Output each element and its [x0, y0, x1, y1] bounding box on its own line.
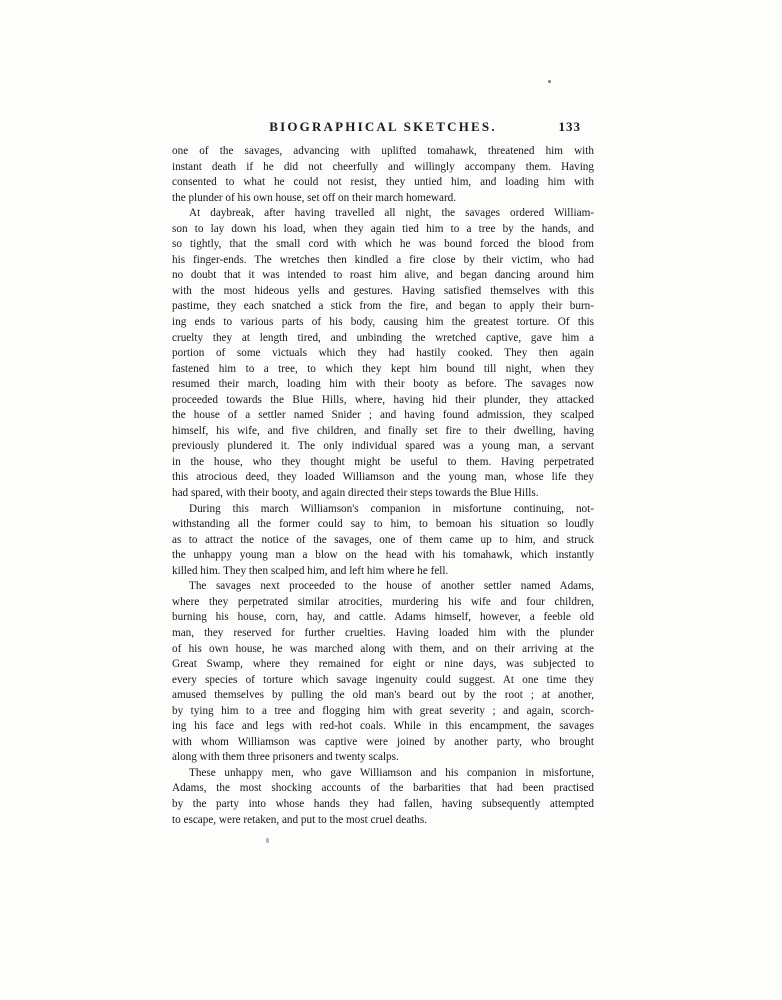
book-page: BIOGRAPHICAL SKETCHES. 133 one of the sa…	[0, 0, 782, 1000]
text-line: in the house, who they thought might be …	[172, 455, 594, 471]
text-line: to escape, were retaken, and put to the …	[172, 813, 594, 829]
text-line: proceeded towards the Blue Hills, where,…	[172, 393, 594, 409]
text-line: with the most hideous yells and gestures…	[172, 284, 594, 300]
text-line: portion of some victuals which they had …	[172, 346, 594, 362]
text-line: consented to what he could not resist, t…	[172, 175, 594, 191]
text-line: by tying him to a tree and flogging him …	[172, 704, 594, 720]
text-line: ing his face and legs with red-hot coals…	[172, 719, 594, 735]
text-line: so tightly, that the small cord with whi…	[172, 237, 594, 253]
text-line: withstanding all the former could say to…	[172, 517, 594, 533]
page-title: BIOGRAPHICAL SKETCHES.	[172, 119, 594, 135]
text-line: this atrocious deed, they loaded William…	[172, 470, 594, 486]
text-line: had spared, with their booty, and again …	[172, 486, 594, 502]
text-line: These unhappy men, who gave Williamson a…	[172, 766, 594, 782]
paragraph: one of the savages, advancing with uplif…	[172, 144, 594, 206]
text-line: killed him. They then scalped him, and l…	[172, 564, 594, 580]
text-line: son to lay down his load, when they agai…	[172, 222, 594, 238]
text-line: resumed their march, loading him with th…	[172, 377, 594, 393]
text-line: Great Swamp, where they remained for eig…	[172, 657, 594, 673]
text-line: cruelty they at length tired, and unbind…	[172, 331, 594, 347]
paragraph: The savages next proceeded to the house …	[172, 579, 594, 766]
text-line: along with them three prisoners and twen…	[172, 750, 594, 766]
text-line: no doubt that it was intended to roast h…	[172, 268, 594, 284]
paragraph: At daybreak, after having travelled all …	[172, 206, 594, 501]
text-line: of his own house, he was marched along w…	[172, 642, 594, 658]
text-line: fastened him to a tree, to which they ke…	[172, 362, 594, 378]
text-line: During this march Williamson's companion…	[172, 502, 594, 518]
page-number: 133	[559, 119, 582, 135]
text-line: the plunder of his own house, set off on…	[172, 191, 594, 207]
text-line: previously plundered it. The only indivi…	[172, 439, 594, 455]
text-line: as to attract the notice of the savages,…	[172, 533, 594, 549]
text-line: amused themselves by pulling the old man…	[172, 688, 594, 704]
body-text: one of the savages, advancing with uplif…	[172, 144, 594, 828]
text-line: one of the savages, advancing with uplif…	[172, 144, 594, 160]
text-line: the house of a settler named Snider ; an…	[172, 408, 594, 424]
text-line: ing ends to various parts of his body, c…	[172, 315, 594, 331]
text-line: his finger-ends. The wretches then kindl…	[172, 253, 594, 269]
text-line: Adams, the most shocking accounts of the…	[172, 781, 594, 797]
text-line: himself, his wife, and five children, an…	[172, 424, 594, 440]
text-line: burning his house, corn, hay, and cattle…	[172, 610, 594, 626]
text-line: man, they reserved for further cruelties…	[172, 626, 594, 642]
scan-speck	[548, 80, 551, 83]
text-line: The savages next proceeded to the house …	[172, 579, 594, 595]
text-line: every species of torture which savage in…	[172, 673, 594, 689]
text-line: instant death if he did not cheerfully a…	[172, 160, 594, 176]
text-line: pastime, they each snatched a stick from…	[172, 299, 594, 315]
text-line: the unhappy young man a blow on the head…	[172, 548, 594, 564]
text-line: with whom Williamson was captive were jo…	[172, 735, 594, 751]
paragraph: These unhappy men, who gave Williamson a…	[172, 766, 594, 828]
scan-speck	[266, 838, 269, 843]
text-line: by the party into whose hands they had f…	[172, 797, 594, 813]
text-line: where they perpetrated similar atrocitie…	[172, 595, 594, 611]
paragraph: During this march Williamson's companion…	[172, 502, 594, 580]
running-head: BIOGRAPHICAL SKETCHES. 133	[172, 119, 594, 135]
text-line: At daybreak, after having travelled all …	[172, 206, 594, 222]
